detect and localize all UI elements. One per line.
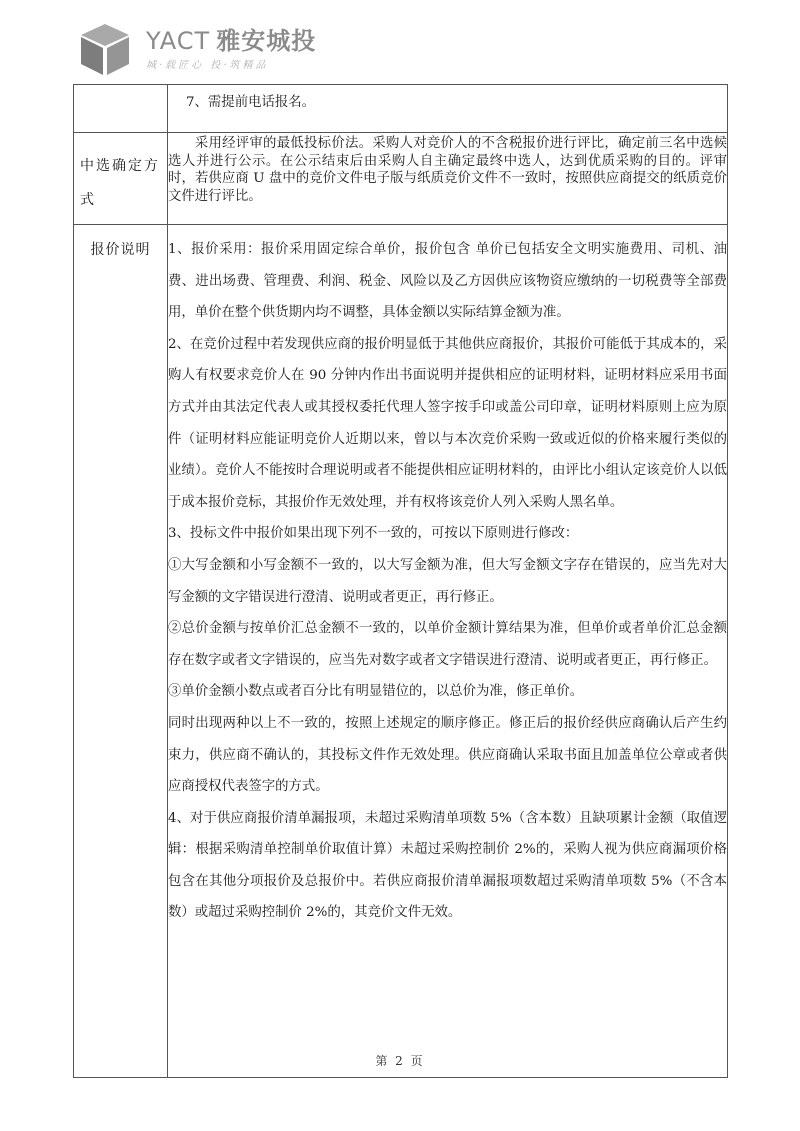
row-label-empty — [74, 85, 168, 133]
quotation-clause-3: 3、投标文件中报价如果出现下列不一致的，可按以下原则进行修改： — [168, 518, 727, 550]
page-number: 第 2 页 — [0, 1052, 800, 1069]
table-row: 报价说明 1、报价采用：报价采用固定综合单价，报价包含 单价已包括安全文明实施费… — [74, 225, 728, 1078]
registration-note: 7、需提前电话报名。 — [168, 85, 728, 133]
selection-method-text: 采用经评审的最低投标价法。采购人对竞价人的不含税报价进行评比，确定前三名中选候选… — [168, 133, 728, 225]
quotation-clause-3-2: ②总价金额与按单价汇总金额不一致的，以单价金额计算结果为准，但单价或者单价汇总金… — [168, 613, 727, 676]
table-row: 中选确定方 式 采用经评审的最低投标价法。采购人对竞价人的不含税报价进行评比，确… — [74, 133, 728, 225]
logo-english-name: YACT — [146, 28, 210, 54]
quotation-notes-text: 1、报价采用：报价采用固定综合单价，报价包含 单价已包括安全文明实施费用、司机、… — [168, 225, 728, 1078]
table-row: 7、需提前电话报名。 — [74, 85, 728, 133]
quotation-clause-4: 4、对于供应商报价清单漏报项，未超过采购清单项数 5%（含本数）且缺项累计金额（… — [168, 803, 727, 929]
procurement-terms-table: 7、需提前电话报名。 中选确定方 式 采用经评审的最低投标价法。采购人对竞价人的… — [73, 84, 728, 1078]
logo-chinese-name: 雅安城投 — [216, 28, 316, 54]
quotation-clause-3-1: ①大写金额和小写金额不一致的，以大写金额为准，但大写金额文字存在错误的，应当先对… — [168, 550, 727, 613]
cube-icon — [76, 20, 134, 78]
row-label-selection-method: 中选确定方 式 — [74, 133, 168, 225]
quotation-clause-2: 2、在竞价过程中若发现供应商的报价明显低于其他供应商报价，其报价可能低于其成本的… — [168, 329, 727, 519]
quotation-clause-3-3: ③单价金额小数点或者百分比有明显错位的，以总价为准，修正单价。 — [168, 676, 727, 708]
quotation-clause-3-order: 同时出现两种以上不一致的，按照上述规定的顺序修正。修正后的报价经供应商确认后产生… — [168, 708, 727, 803]
company-logo: YACT 雅安城投 城·载匠心 投·筑精品 — [76, 20, 316, 82]
row-label-quotation-notes: 报价说明 — [74, 225, 168, 1078]
logo-slogan: 城·载匠心 投·筑精品 — [146, 56, 316, 71]
quotation-clause-1: 1、报价采用：报价采用固定综合单价，报价包含 单价已包括安全文明实施费用、司机、… — [168, 234, 727, 329]
